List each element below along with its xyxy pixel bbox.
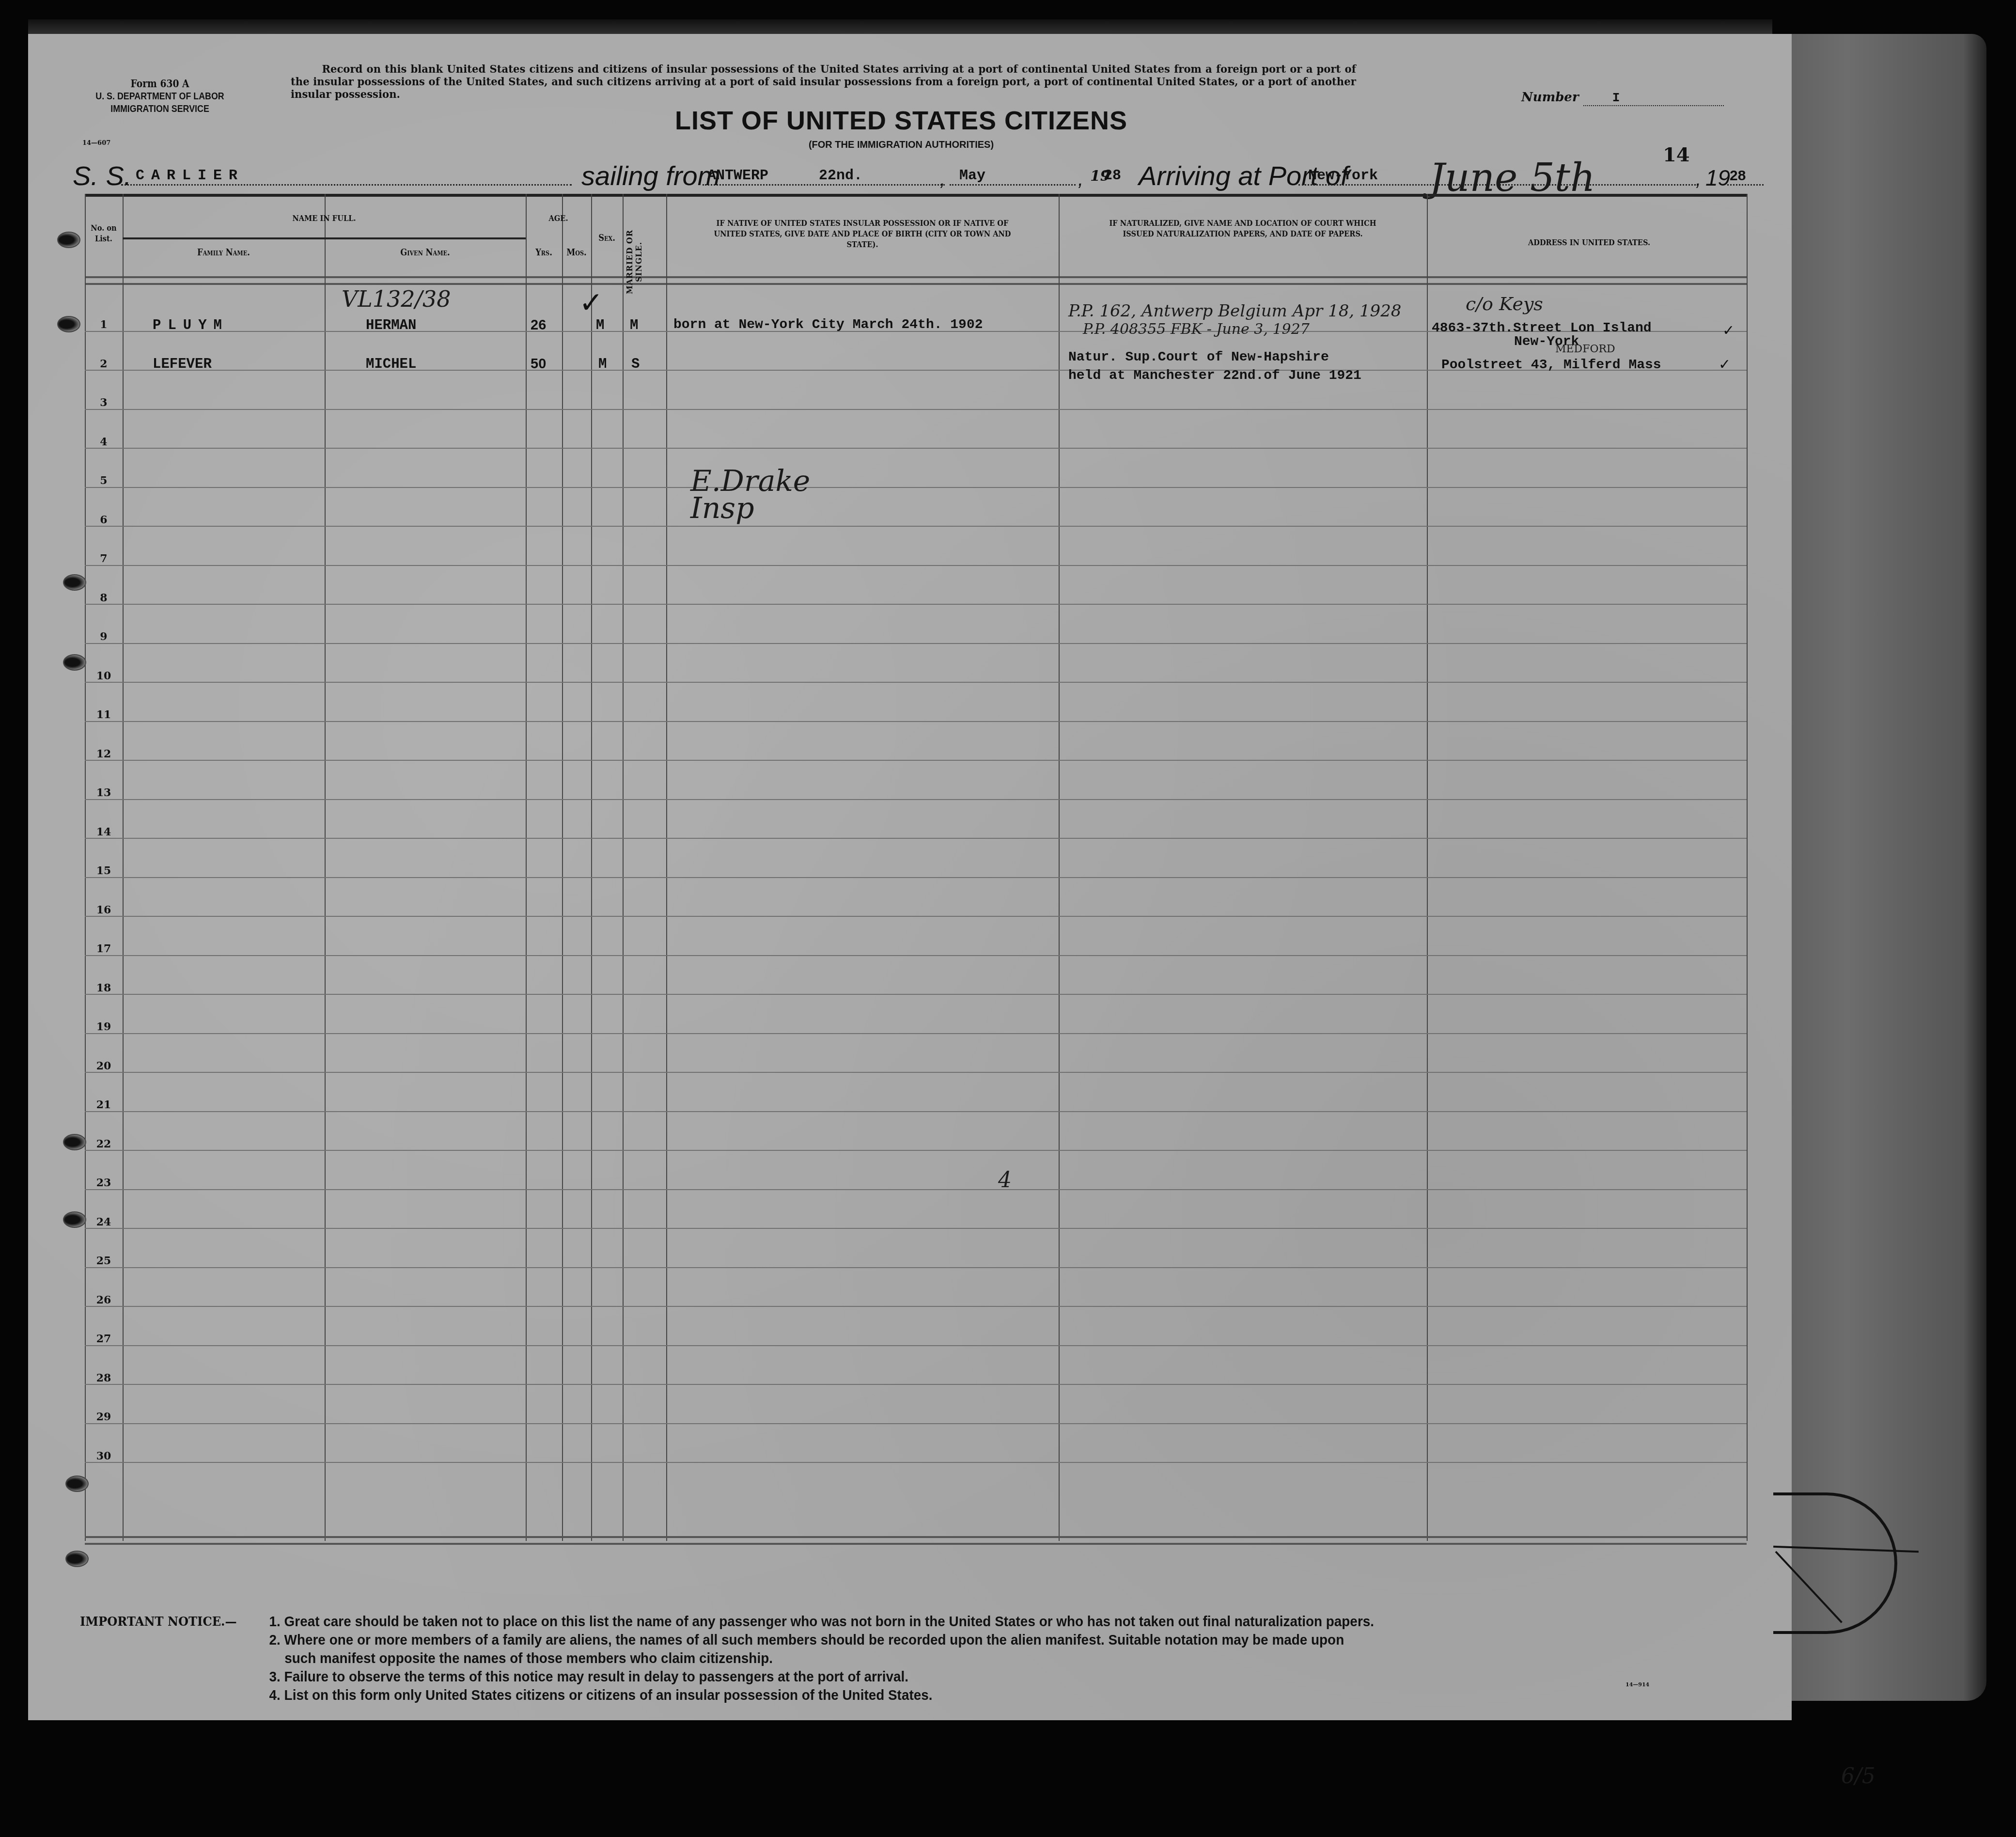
form-number: Form 630 A	[82, 78, 238, 90]
departure-day: 22nd.	[819, 168, 862, 184]
row-rule	[85, 1423, 1747, 1424]
notice-label: IMPORTANT NOTICE.—	[80, 1613, 237, 1631]
row2-address-line1: Poolstreet 43, Milferd Mass	[1441, 358, 1661, 373]
voyage-line: S. S. CARLIER sailing from ANTWERP 22nd.…	[73, 160, 1720, 199]
row1-age: 26	[531, 317, 546, 333]
departure-year-suffix: 28	[1104, 168, 1121, 184]
row-number: 13	[87, 786, 121, 799]
department-name: U. S. DEPARTMENT OF LABOR	[82, 90, 238, 103]
row-rule	[85, 1306, 1747, 1307]
row-number: 17	[87, 942, 121, 955]
row-number: 4	[87, 436, 121, 448]
row-rule	[85, 1267, 1747, 1268]
form-print-code: 14—607	[82, 140, 110, 147]
row-number: 25	[87, 1255, 121, 1267]
row-rule	[85, 760, 1747, 761]
row-rule	[85, 1033, 1747, 1034]
notice-item-4: 4. List on this form only United States …	[269, 1686, 1666, 1705]
number-label: Number	[1521, 90, 1579, 105]
row-number: 2	[87, 358, 121, 370]
row-number: 29	[87, 1411, 121, 1423]
row2-naturalization-line2: held at Manchester 22nd.of June 1921	[1068, 368, 1361, 383]
header-mos: Mos.	[562, 247, 591, 258]
inspector-signature: E.Drake Insp	[690, 468, 816, 522]
row1-check-icon: ✓	[1722, 322, 1735, 339]
row2-age: 50	[531, 356, 546, 372]
row-rule	[85, 955, 1747, 956]
arrival-year-suffix: 28	[1730, 168, 1746, 184]
form-identifier: Form 630 A U. S. DEPARTMENT OF LABOR IMM…	[82, 78, 238, 115]
row-rule	[85, 448, 1747, 449]
row-rule	[85, 838, 1747, 839]
header-naturalization: IF NATURALIZED, GIVE NAME AND LOCATION O…	[1093, 218, 1392, 239]
row-rule	[85, 994, 1747, 995]
departure-month: May	[959, 168, 985, 184]
row-rule	[85, 877, 1747, 878]
service-name: IMMIGRATION SERVICE	[82, 103, 238, 115]
row-rule	[85, 1462, 1747, 1463]
row-number: 16	[87, 904, 121, 916]
margin-note: 6/5	[1841, 1764, 1875, 1789]
row2-marital: S	[631, 356, 640, 372]
row-number: 20	[87, 1060, 121, 1072]
row-number: 30	[87, 1450, 121, 1462]
document-title: LIST OF UNITED STATES CITIZENS	[610, 106, 1192, 136]
binder-hole	[63, 1211, 86, 1228]
row-rule	[85, 1384, 1747, 1385]
row-rule	[85, 721, 1747, 722]
row-rule	[85, 1345, 1747, 1346]
row-number: 10	[87, 670, 121, 682]
row-rule	[85, 1189, 1747, 1190]
row-number: 5	[87, 474, 121, 487]
row-rule	[85, 799, 1747, 800]
row-number: 6	[87, 514, 121, 526]
row-rule	[85, 1111, 1747, 1112]
age-check-icon: ✓	[579, 286, 603, 320]
row1-birth: born at New-York City March 24th. 1902	[673, 317, 983, 332]
row-rule	[85, 487, 1747, 488]
notice-item-3: 3. Failure to observe the terms of this …	[269, 1668, 1666, 1686]
row-number: 11	[87, 708, 121, 721]
row-rule	[85, 526, 1747, 527]
header-birth: IF NATIVE OF UNITED STATES INSULAR POSSE…	[700, 218, 1025, 250]
row1-address-annotation: c/o Keys	[1466, 293, 1543, 314]
number-value: I	[1583, 91, 1724, 106]
page-mark: 4	[998, 1168, 1012, 1193]
header-family-name: Family Name.	[137, 247, 311, 258]
row2-family-name: LEFEVER	[153, 356, 212, 372]
arrival-year-prefix: 19	[1705, 165, 1730, 191]
row-number: 15	[87, 864, 121, 877]
row2-address-correction: MEDFORD	[1555, 343, 1615, 355]
row-number: 23	[87, 1177, 121, 1189]
header-given-name: Given Name.	[339, 247, 512, 258]
row-rule	[85, 916, 1747, 917]
row2-sex: M	[598, 356, 607, 372]
row-rule	[85, 1150, 1747, 1151]
row1-given-name: HERMAN	[366, 317, 416, 333]
row-number: 14	[87, 826, 121, 838]
citizens-table: No. on List. NAME IN FULL. Family Name. …	[85, 194, 1747, 1541]
row-number: 28	[87, 1372, 121, 1384]
notice-print-code: 14—914	[1625, 1681, 1649, 1688]
row-number: 9	[87, 630, 121, 643]
header-age: AGE.	[530, 213, 586, 224]
ship-name: CARLIER	[136, 168, 244, 184]
given-name-annotation: VL132/38	[342, 286, 451, 312]
binder-hole	[65, 1551, 89, 1567]
row-rule	[85, 682, 1747, 683]
row-number: 24	[87, 1216, 121, 1228]
row-number: 21	[87, 1099, 121, 1111]
row1-address-line1: 4863-37th.Street Lon Island	[1432, 321, 1652, 336]
row-rule	[85, 565, 1747, 566]
row-rule	[85, 409, 1747, 410]
row-number: 7	[87, 552, 121, 565]
row-number: 8	[87, 592, 121, 604]
header-sex: Sex.	[591, 233, 623, 243]
header-no-on-list: No. on List.	[87, 223, 120, 244]
header-yrs: Yrs.	[526, 247, 562, 258]
departure-port: ANTWERP	[707, 168, 768, 184]
row-number: 12	[87, 748, 121, 760]
document-subtitle: (FOR THE IMMIGRATION AUTHORITIES)	[707, 140, 1095, 151]
row-number: 26	[87, 1294, 121, 1306]
binder-hole	[57, 316, 80, 332]
row-number: 19	[87, 1021, 121, 1033]
ss-label: S. S.	[73, 160, 131, 191]
row2-check-icon: ✓	[1719, 356, 1731, 373]
binder-hole	[63, 1134, 86, 1150]
binder-hole	[57, 232, 80, 248]
sailing-from-label: sailing from	[581, 160, 720, 191]
row2-naturalization-line1: Natur. Sup.Court of New-Hapshire	[1068, 350, 1329, 365]
instructions-text: Record on this blank United States citiz…	[291, 63, 1356, 101]
arrival-port: New-York	[1308, 168, 1378, 184]
row-number: 22	[87, 1138, 121, 1150]
header-married-or-single: MARRIED OR SINGLE.	[625, 228, 644, 296]
binder-hole	[63, 654, 86, 671]
row1-naturalization-note-1: P.P. 162, Antwerp Belgium Apr 18, 1928	[1068, 301, 1401, 321]
row-number: 27	[87, 1333, 121, 1345]
row1-family-name: PLUYM	[153, 317, 229, 333]
row-rule	[85, 643, 1747, 644]
row-number: 3	[87, 396, 121, 409]
row-rule	[85, 1228, 1747, 1229]
row-rule	[85, 604, 1747, 605]
binder-hole	[65, 1476, 89, 1492]
header-address: ADDRESS IN UNITED STATES.	[1454, 237, 1725, 248]
notice-item-1: 1. Great care should be taken not to pla…	[269, 1613, 1666, 1631]
row2-given-name: MICHEL	[366, 356, 416, 372]
row-rule	[85, 1072, 1747, 1073]
row1-naturalization-note-2: P.P. 408355 FBK - June 3, 1927	[1083, 321, 1310, 338]
notice-item-2: 2. Where one or more members of a family…	[269, 1631, 1666, 1649]
row-number: 1	[87, 318, 121, 331]
row1-marital: M	[630, 317, 638, 333]
header-name-in-full: NAME IN FULL.	[151, 213, 498, 224]
list-number-field: Number I	[1521, 90, 1724, 106]
form-instructions: Record on this blank United States citiz…	[291, 63, 1356, 101]
row-number: 18	[87, 982, 121, 994]
notice-item-2-continued: such manifest opposite the names of thos…	[269, 1649, 1666, 1668]
binder-hole	[63, 574, 86, 591]
